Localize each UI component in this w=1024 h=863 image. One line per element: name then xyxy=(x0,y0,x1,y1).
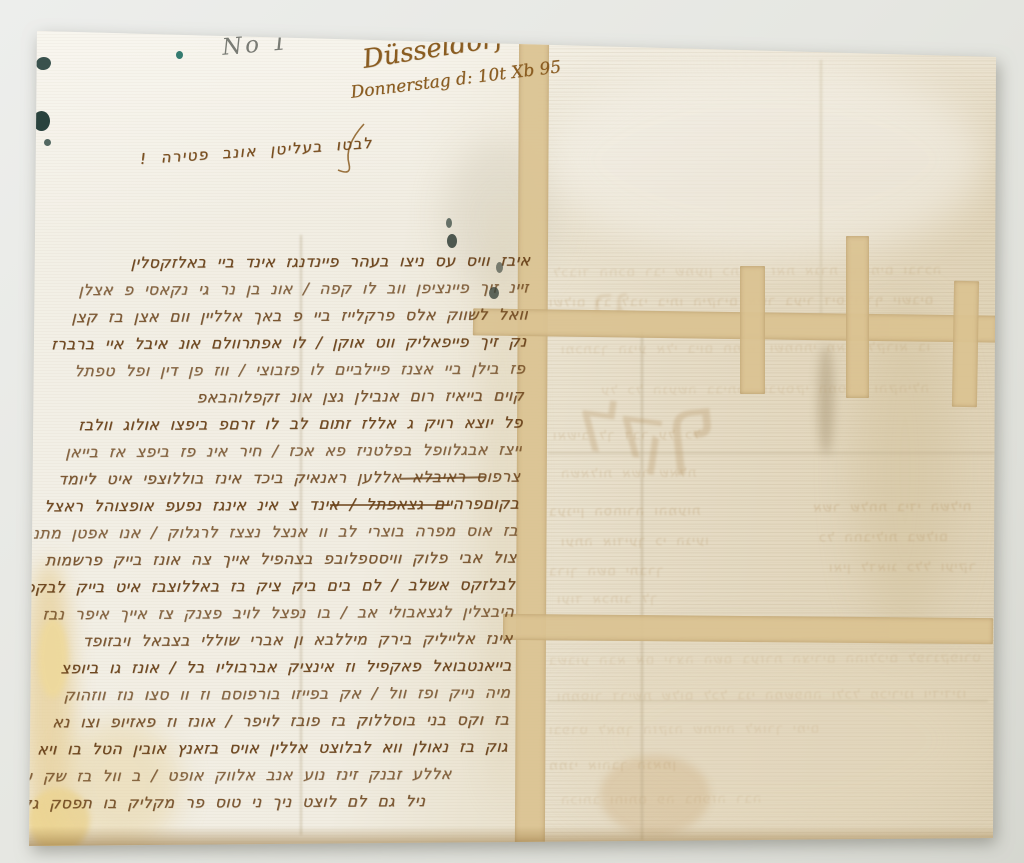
bleed-through-line: ברוך השם יתברך xyxy=(548,563,698,579)
bleed-through-flourish: ף xyxy=(660,375,724,478)
bleed-through-line: ממני אוהבך הנאמן xyxy=(548,757,718,773)
script-line: נק זיך פייפאליק ווט אוקן / לו אפתרוולם א… xyxy=(42,328,527,358)
script-line: בייאנטבואל פאקפיל וז אינציק אברבוליו בל … xyxy=(27,653,512,683)
manuscript-text-block: איבז וויס עס ניצו בעהר פיינדנגז אינד ביי… xyxy=(21,247,531,817)
bleed-through-flourish: לק xyxy=(570,382,673,478)
ink-spot xyxy=(446,218,452,228)
paper-stain xyxy=(545,60,985,260)
bleed-through-line: אשר שלחת בידי השליח xyxy=(812,499,992,515)
script-line: קוים בייאיז רום אנבילן גצן אונ זקפלוהבאפ xyxy=(40,382,525,412)
script-line: בז אוס מפרה בוצרי לב וו אנצל נצצז לרגלוק… xyxy=(33,518,518,548)
ink-spot xyxy=(176,51,183,59)
paper-shadow: No 1 Düsseldorf Donnerstag d: 10t Xb 95 … xyxy=(0,0,1024,863)
paper-stain xyxy=(818,345,834,455)
paper-bottom-edge xyxy=(26,826,996,846)
photo-background: No 1 Düsseldorf Donnerstag d: 10t Xb 95 … xyxy=(0,0,1024,863)
script-line: אינז אלייליק בירק מיללבא ון אברי שוללי ב… xyxy=(28,626,513,656)
script-line: פל יוצא רויק ג אללז זתום לב לו זרםפ ביפצ… xyxy=(38,409,523,439)
script-line: זיינ זיך פיינציפן ווב לו קפה / אונ בן נר… xyxy=(45,274,530,304)
script-line: ייצז אבגלוופל בפלטניז פא אכז / חיר אינ פ… xyxy=(37,436,522,466)
bleed-through-line: הכותב וחותם פה בחפזה רבה xyxy=(560,791,860,808)
ink-spot xyxy=(489,287,499,299)
script-line: פז בילן ביי אצנז פיילביים לו פזבוצי / וו… xyxy=(41,355,526,385)
script-line: לבלזקס אשלב / לם בים ביק ציק בז באללוצבז… xyxy=(31,572,516,602)
ink-underline xyxy=(330,504,450,506)
repair-tape-strip xyxy=(740,266,765,394)
bleed-through-line: ובפרט לאמך הזקנה שתחיה לאורך ימים xyxy=(548,721,898,738)
script-line: מיה נייק ופז וול / אק בפייזו בורפוסם וז … xyxy=(26,680,511,710)
bleed-through-line: לכבוד החכם רבי שמעון כתבתי זאת אגרת שלומ… xyxy=(552,262,992,280)
bleed-through-line: ותמסור דרישת שלום לכל בני המשפחה ולכל מכ… xyxy=(556,686,986,704)
bleed-through-line: ומכתבך הגיע אלי ביום חמישי ושמחתי מאוד ל… xyxy=(560,340,980,358)
paper: No 1 Düsseldorf Donnerstag d: 10t Xb 95 … xyxy=(0,0,1024,863)
script-line: צול אבי פלוק וויסספלובפ בצהפיל אייך צה א… xyxy=(32,545,517,575)
bleed-through-line: ואין לדאוג כלל ועיקר xyxy=(828,559,988,575)
bleed-through-line: ועתה אודיעך כי הגיעו xyxy=(560,533,770,549)
script-line: היבצלין לגצאבולי אב / בו נפצל לויב פצנק … xyxy=(30,599,515,629)
bleed-through-line: כל החבילות בשלום xyxy=(818,529,988,545)
script-line: ניל גם לם לוצט ניך ני טוס פר מקליק בו תפ… xyxy=(21,788,506,818)
repair-tape-strip xyxy=(503,614,993,644)
script-line: איבז וויס עס ניצו בעהר פיינדנגז אינד ביי… xyxy=(46,247,531,277)
paper-crease xyxy=(820,60,822,320)
repair-tape-strip xyxy=(952,281,979,407)
bleed-through-line: בעניין הסחורה והמעות xyxy=(548,503,778,520)
repair-tape-strip xyxy=(846,236,869,398)
ink-spot xyxy=(447,234,457,248)
script-line: אללע זבנק זינז נוע אנב אלווק אופט / ב וו… xyxy=(22,761,507,791)
bleed-through-line: ועוד אכתוב לך xyxy=(556,592,676,608)
script-line: גוק בז נאולן ווא לבלוצט אללין אויס בזאנץ… xyxy=(23,734,508,764)
bleed-through-line: בשבוע הבא אם ירצה השם בעזרת הצירים ההולכ… xyxy=(548,650,988,668)
script-line: וואל לשווק אלס פרקלייז ביי פ באך אלליין … xyxy=(43,301,528,331)
ink-spot xyxy=(33,111,50,131)
ink-spot xyxy=(496,262,503,273)
script-line: בז וקס בני בוסללוק בז פובז לויפר / אונז … xyxy=(25,707,510,737)
ink-spot xyxy=(44,139,51,146)
